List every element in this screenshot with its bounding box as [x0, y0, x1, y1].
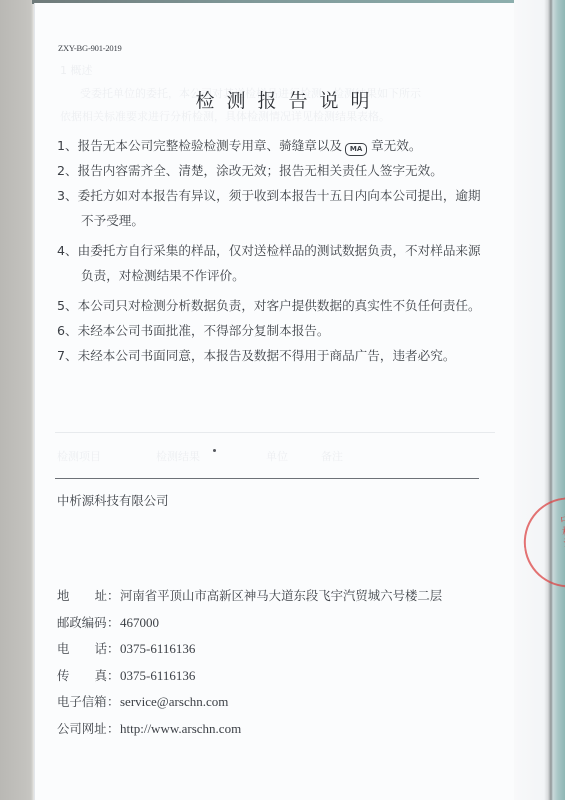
note-text: 未经本公司书面同意，本报告及数据不得用于商品广告，违者必究。 [78, 348, 456, 363]
bleed-through-text: 1 概述 [60, 62, 93, 78]
contact-colon: ： [107, 586, 120, 613]
postcode-value: 467000 [120, 613, 159, 640]
contact-fax: 传真：0375-6116136 [57, 666, 442, 693]
note-text: 章无效。 [371, 138, 421, 153]
contact-info: 地址：河南省平顶山市高新区神马大道东段飞宇汽贸城六号楼二层 邮政编码：46700… [57, 586, 442, 745]
contact-label: 传真 [57, 666, 107, 693]
contact-phone: 电话：0375-6116136 [57, 639, 442, 666]
document-code: ZXY-BG-901-2019 [58, 43, 122, 53]
note-text: 委托方如对本报告有异议，须于收到本报告十五日内向本公司提出，逾期 [78, 188, 481, 203]
contact-colon: ： [107, 613, 120, 640]
note-item-1: 1、报告无本公司完整检验检测专用章、骑缝章以及MA章无效。 [57, 136, 507, 161]
note-number: 1、 [57, 138, 78, 153]
note-text: 本公司只对检测分析数据负责，对客户提供数据的真实性不负任何责任。 [78, 298, 481, 313]
scan-speck [213, 449, 216, 452]
phone-value: 0375-6116136 [120, 639, 195, 666]
page-right-edge [514, 0, 565, 800]
notes-list: 1、报告无本公司完整检验检测专用章、骑缝章以及MA章无效。 2、报告内容需齐全、… [57, 136, 507, 371]
contact-label: 电话 [57, 639, 107, 666]
contact-label: 公司网址 [57, 719, 107, 746]
section-divider [55, 478, 479, 479]
contact-colon: ： [107, 666, 120, 693]
note-number: 4、 [57, 243, 78, 258]
note-item-4: 4、由委托方自行采集的样品，仅对送检样品的测试数据负责，不对样品来源 [57, 241, 507, 266]
note-text: 未经本公司书面批准，不得部分复制本报告。 [78, 323, 330, 338]
note-item-7: 7、未经本公司书面同意，本报告及数据不得用于商品广告，违者必究。 [57, 346, 507, 371]
contact-colon: ： [107, 719, 120, 746]
contact-label: 邮政编码 [57, 613, 107, 640]
bleed-through-line [55, 432, 495, 433]
note-number: 5、 [57, 298, 78, 313]
note-number: 2、 [57, 163, 78, 178]
bleed-through-text: 检测项目 检测结果 单位 备注 [57, 448, 343, 464]
note-text: 由委托方自行采集的样品，仅对送检样品的测试数据负责，不对样品来源 [78, 243, 481, 258]
contact-address: 地址：河南省平顶山市高新区神马大道东段飞宇汽贸城六号楼二层 [57, 586, 442, 613]
fax-value: 0375-6116136 [120, 666, 195, 693]
contact-label: 地址 [57, 586, 107, 613]
website-value: http://www.arschn.com [120, 719, 241, 746]
note-number: 6、 [57, 323, 78, 338]
note-item-3-continuation: 不予受理。 [57, 211, 507, 236]
company-name: 中析源科技有限公司 [57, 491, 169, 509]
contact-colon: ： [107, 639, 120, 666]
note-item-6: 6、未经本公司书面批准，不得部分复制本报告。 [57, 321, 507, 346]
note-text: 报告内容需齐全、清楚，涂改无效；报告无相关责任人签字无效。 [78, 163, 443, 178]
note-item-5: 5、本公司只对检测分析数据负责，对客户提供数据的真实性不负任何责任。 [57, 296, 507, 321]
note-item-2: 2、报告内容需齐全、清楚，涂改无效；报告无相关责任人签字无效。 [57, 161, 507, 186]
note-item-3: 3、委托方如对本报告有异议，须于收到本报告十五日内向本公司提出，逾期 [57, 186, 507, 211]
contact-colon: ： [107, 692, 120, 719]
address-value: 河南省平顶山市高新区神马大道东段飞宇汽贸城六号楼二层 [120, 586, 442, 613]
note-number: 3、 [57, 188, 78, 203]
cma-icon: MA [345, 143, 367, 156]
note-item-4-continuation: 负责，对检测结果不作评价。 [57, 266, 507, 291]
contact-postcode: 邮政编码：467000 [57, 613, 442, 640]
contact-website: 公司网址：http://www.arschn.com [57, 719, 442, 746]
document-title: 检测报告说明 [0, 86, 565, 113]
contact-email: 电子信箱：service@arschn.com [57, 692, 442, 719]
contact-label: 电子信箱 [57, 692, 107, 719]
note-number: 7、 [57, 348, 78, 363]
scanned-document: 1 概述 受委托单位的委托，本公司对其送检样品进行检测，检测结果如下所示 依据相… [0, 0, 565, 800]
email-value: service@arschn.com [120, 692, 228, 719]
note-text: 报告无本公司完整检验检测专用章、骑缝章以及 [78, 138, 342, 153]
